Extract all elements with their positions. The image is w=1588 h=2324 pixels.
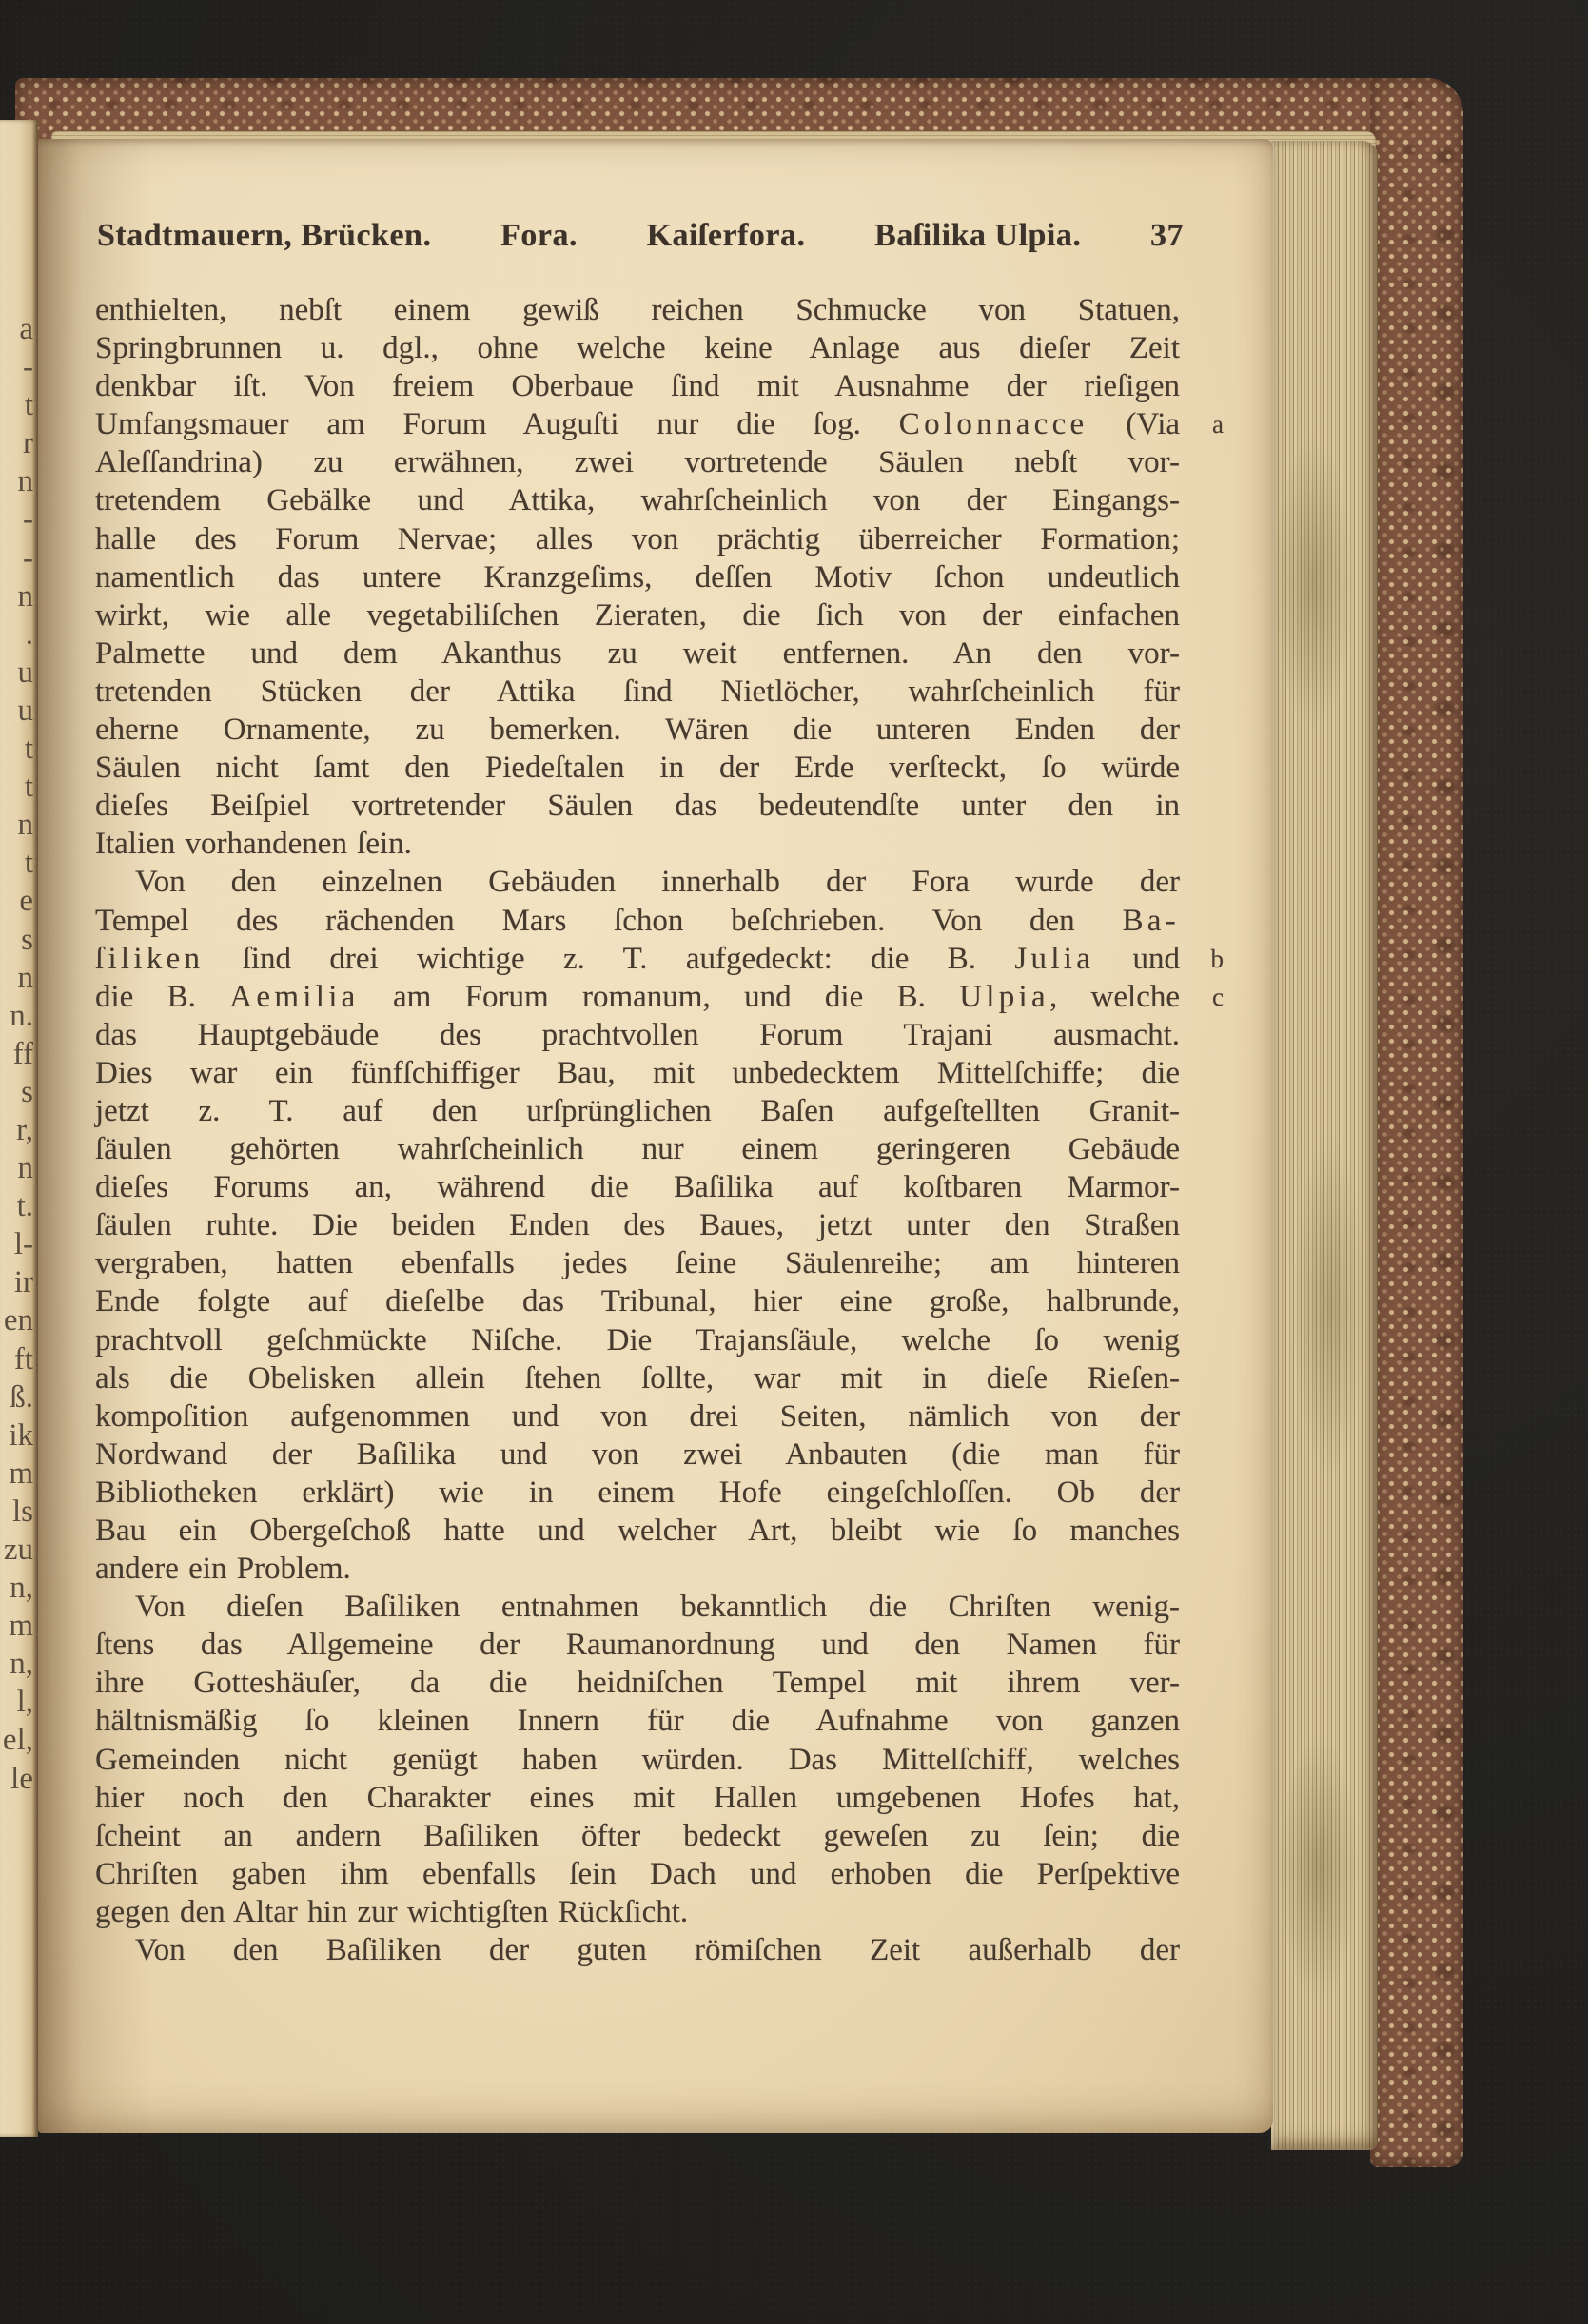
text-segment: denkbar iſt. Von freiem Oberbaue ſind mi… — [95, 369, 1180, 403]
fragment-glyph: r — [0, 424, 38, 462]
text-line: hier noch den Charakter eines mit Hallen… — [95, 1779, 1180, 1817]
text-segment: ſäulen ruhte. Die beiden Enden des Baues… — [95, 1208, 1180, 1242]
text-line: andere ein Problem. — [95, 1550, 1180, 1588]
fragment-glyph: m — [0, 1607, 38, 1645]
fragment-glyph: - — [0, 500, 38, 538]
text-line: prachtvoll geſchmückte Niſche. Die Traja… — [95, 1321, 1180, 1359]
fragment-glyph: n. — [0, 997, 38, 1035]
text-line: kompoſition aufgenommen und von drei Sei… — [95, 1397, 1180, 1435]
text-segment: hältnismäßig ſo kleinen Innern für die A… — [95, 1704, 1180, 1738]
fragment-glyph: t — [0, 844, 38, 882]
text-segment: Säulen nicht ſamt den Piedeſtalen in der… — [95, 751, 1180, 785]
page-number: 37 — [1150, 217, 1184, 255]
text-segment: dieſes Forums an, während die Baſilika a… — [95, 1170, 1180, 1204]
text-segment: prachtvoll geſchmückte Niſche. Die Traja… — [95, 1323, 1180, 1357]
text-segment: Bibliotheken erklärt) wie in einem Hofe … — [95, 1475, 1180, 1510]
text-segment: Tempel des rächenden Mars ſchon beſchrie… — [95, 904, 1122, 938]
text-segment: eherne Ornamente, zu bemerken. Wären die… — [95, 713, 1180, 747]
text-segment: Springbrunnen u. dgl., ohne welche keine… — [95, 331, 1180, 365]
fragment-glyph — [0, 1798, 38, 1836]
text-segment: wirkt, wie alle vegetabiliſchen Zieraten… — [95, 598, 1180, 633]
text-segment: Julia — [1014, 942, 1094, 976]
fragment-glyph: . — [0, 615, 38, 654]
book-page: Stadtmauern, Brücken. Fora. Kaiſerfora. … — [38, 139, 1273, 2133]
text-segment: die B. — [95, 980, 229, 1014]
fragment-glyph: t — [0, 386, 38, 424]
text-segment: Ende folgte auf dieſelbe das Tribunal, h… — [95, 1284, 1180, 1318]
text-line: ſcheint an andern Baſiliken öfter bedeck… — [95, 1817, 1180, 1855]
fragment-glyph: r, — [0, 1111, 38, 1149]
running-head-section: Stadtmauern, Brücken. — [97, 217, 431, 255]
text-segment: andere ein Problem. — [95, 1552, 351, 1586]
text-line: die B. Aemilia am Forum romanum, und die… — [95, 978, 1180, 1016]
text-segment: kompoſition aufgenommen und von drei Sei… — [95, 1399, 1180, 1434]
text-segment: Von dieſen Baſiliken entnahmen bekanntli… — [135, 1590, 1180, 1624]
text-line: Nordwand der Baſilika und von zwei Anbau… — [95, 1435, 1180, 1474]
text-line: tretenden Stücken der Attika ſind Nietlö… — [95, 673, 1180, 711]
text-segment: Bau ein Obergeſchoß hatte und welcher Ar… — [95, 1514, 1180, 1548]
text-line: wirkt, wie alle vegetabiliſchen Zieraten… — [95, 596, 1180, 635]
fragment-glyph: s — [0, 921, 38, 959]
text-segment: , welche — [1049, 980, 1180, 1014]
text-line: denkbar iſt. Von freiem Oberbaue ſind mi… — [95, 367, 1180, 405]
text-segment: Aleſſandrina) zu erwähnen, zwei vortrete… — [95, 445, 1180, 479]
text-segment: ſäulen gehörten wahrſcheinlich nur einem… — [95, 1132, 1180, 1166]
fragment-glyph: - — [0, 348, 38, 386]
text-segment: ſtens das Allgemeine der Raumanordnung u… — [95, 1628, 1180, 1662]
text-segment: Dies war ein fünfſchiffiger Bau, mit unb… — [95, 1056, 1180, 1090]
text-line: Bibliotheken erklärt) wie in einem Hofe … — [95, 1474, 1180, 1512]
text-line: Chriſten gaben ihm ebenfalls ſein Dach u… — [95, 1855, 1180, 1893]
text-line: jetzt z. T. auf den urſprünglichen Baſen… — [95, 1092, 1180, 1130]
fragment-glyph: e — [0, 882, 38, 920]
text-line: ſäulen gehörten wahrſcheinlich nur einem… — [95, 1130, 1180, 1168]
text-segment: Gemeinden nicht genügt haben würden. Das… — [95, 1743, 1180, 1777]
text-segment: vergraben, hatten ebenfalls jedes ſeine … — [95, 1246, 1180, 1280]
text-line: ihre Gotteshäuſer, da die heidniſchen Te… — [95, 1664, 1180, 1702]
margin-letter: b — [1211, 945, 1225, 973]
text-line: Umfangsmauer am Forum Auguſti nur die ſo… — [95, 405, 1180, 443]
running-head-section: Kaiſerfora. — [647, 217, 806, 255]
fragment-glyph: zu — [0, 1531, 38, 1569]
text-line: namentlich das untere Kranzgeſims, deſſe… — [95, 558, 1180, 596]
text-segment: tretenden Stücken der Attika ſind Nietlö… — [95, 674, 1180, 709]
fragment-glyph: - — [0, 539, 38, 577]
fragment-glyph: en — [0, 1301, 38, 1339]
text-segment: jetzt z. T. auf den urſprünglichen Baſen… — [95, 1094, 1180, 1128]
text-segment: Chriſten gaben ihm ebenfalls ſein Dach u… — [95, 1857, 1180, 1891]
text-segment: Aemilia — [229, 980, 359, 1014]
fragment-glyph: ff — [0, 1035, 38, 1073]
text-segment: als die Obelisken allein ſtehen ſollte, … — [95, 1361, 1180, 1396]
fragment-glyph: t. — [0, 1187, 38, 1225]
text-line: enthielten, nebſt einem gewiß reichen Sc… — [95, 291, 1180, 329]
fragment-glyph: ls — [0, 1493, 38, 1531]
text-line: Ende folgte auf dieſelbe das Tribunal, h… — [95, 1282, 1180, 1320]
fragment-glyph — [0, 1912, 38, 1950]
fragment-glyph: u — [0, 654, 38, 692]
text-line: ſäulen ruhte. Die beiden Enden des Baues… — [95, 1206, 1180, 1244]
fragment-glyph: l, — [0, 1683, 38, 1721]
text-line: Springbrunnen u. dgl., ohne welche keine… — [95, 329, 1180, 367]
text-line: Säulen nicht ſamt den Piedeſtalen in der… — [95, 749, 1180, 787]
fragment-glyph: s — [0, 1073, 38, 1111]
text-line: halle des Forum Nervae; alles von prächt… — [95, 520, 1180, 558]
fragment-glyph: ft — [0, 1340, 38, 1378]
text-line: Tempel des rächenden Mars ſchon beſchrie… — [95, 902, 1180, 940]
text-segment: gegen den Altar hin zur wichtigſten Rück… — [95, 1895, 688, 1929]
running-head-section: Baſilika Ulpia. — [874, 217, 1081, 255]
text-line: Von den Baſiliken der guten römiſchen Ze… — [95, 1931, 1180, 1969]
fragment-glyph: t — [0, 768, 38, 806]
text-line: Gemeinden nicht genügt haben würden. Das… — [95, 1741, 1180, 1779]
fragment-glyph: n — [0, 577, 38, 615]
text-block: enthielten, nebſt einem gewiß reichen Sc… — [95, 291, 1180, 1969]
text-segment: hier noch den Charakter eines mit Hallen… — [95, 1781, 1180, 1815]
text-segment: Nordwand der Baſilika und von zwei Anbau… — [95, 1437, 1180, 1472]
text-line: dieſes Beiſpiel vortretender Säulen das … — [95, 787, 1180, 825]
fragment-glyph: u — [0, 692, 38, 730]
fragment-glyph — [0, 1836, 38, 1874]
text-line: Bau ein Obergeſchoß hatte und welcher Ar… — [95, 1512, 1180, 1550]
text-line: Von den einzelnen Gebäuden innerhalb der… — [95, 863, 1180, 901]
text-segment: ſcheint an andern Baſiliken öfter bedeck… — [95, 1819, 1180, 1853]
running-head-section: Fora. — [500, 217, 578, 255]
fragment-glyph: n — [0, 959, 38, 997]
facing-page-strip: a-trn--n.uuttntesnn.ffsr,nt.l-irenftß.ik… — [0, 120, 38, 2137]
text-segment: enthielten, nebſt einem gewiß reichen Sc… — [95, 293, 1180, 327]
margin-letter: a — [1212, 410, 1224, 439]
fragment-glyph: n, — [0, 1569, 38, 1607]
text-segment: Umfangsmauer am Forum Auguſti nur die ſo… — [95, 407, 899, 441]
text-segment: Palmette und dem Akanthus zu weit entfer… — [95, 636, 1180, 671]
fragment-glyph: n — [0, 462, 38, 500]
text-segment: Italien vorhandenen ſein. — [95, 827, 412, 861]
text-segment: ſiliken — [95, 942, 204, 976]
text-segment: tretendem Gebälke und Attika, wahrſchein… — [95, 483, 1180, 518]
text-segment: Von den Baſiliken der guten römiſchen Ze… — [135, 1933, 1180, 1967]
text-segment: Colonnacce — [899, 407, 1088, 441]
text-line: hältnismäßig ſo kleinen Innern für die A… — [95, 1702, 1180, 1740]
fragment-glyph: ik — [0, 1416, 38, 1455]
text-line: ſiliken ſind drei wichtige z. T. aufgede… — [95, 940, 1180, 978]
text-line: tretendem Gebälke und Attika, wahrſchein… — [95, 481, 1180, 519]
text-segment: Ulpia — [959, 980, 1049, 1014]
fragment-glyph: a — [0, 310, 38, 348]
fragment-glyph: le — [0, 1760, 38, 1798]
fragment-glyph — [0, 1874, 38, 1912]
text-line: vergraben, hatten ebenfalls jedes ſeine … — [95, 1244, 1180, 1282]
page-stack-fore-edge — [1271, 141, 1378, 2150]
fragment-glyph — [0, 1950, 38, 1988]
text-line: als die Obelisken allein ſtehen ſollte, … — [95, 1359, 1180, 1397]
text-line: dieſes Forums an, während die Baſilika a… — [95, 1168, 1180, 1206]
fragment-glyph: t — [0, 730, 38, 768]
text-segment: namentlich das untere Kranzgeſims, deſſe… — [95, 560, 1180, 595]
fragment-glyph: n, — [0, 1645, 38, 1683]
text-line: Von dieſen Baſiliken entnahmen bekanntli… — [95, 1588, 1180, 1626]
margin-letter: c — [1212, 983, 1224, 1011]
clipped-text-fragments: a-trn--n.uuttntesnn.ffsr,nt.l-irenftß.ik… — [0, 120, 38, 1988]
text-line: Aleſſandrina) zu erwähnen, zwei vortrete… — [95, 443, 1180, 481]
text-segment: halle des Forum Nervae; alles von prächt… — [95, 522, 1180, 557]
text-line: gegen den Altar hin zur wichtigſten Rück… — [95, 1893, 1180, 1931]
text-line: Italien vorhandenen ſein. — [95, 825, 1180, 863]
text-segment: dieſes Beiſpiel vortretender Säulen das … — [95, 789, 1180, 823]
text-line: Palmette und dem Akanthus zu weit entfer… — [95, 635, 1180, 673]
text-segment: Ba- — [1122, 904, 1180, 938]
text-segment: Von den einzelnen Gebäuden innerhalb der… — [135, 865, 1180, 899]
text-line: Dies war ein fünfſchiffiger Bau, mit unb… — [95, 1054, 1180, 1092]
fragment-glyph: m — [0, 1455, 38, 1493]
fragment-glyph: n — [0, 806, 38, 844]
fragment-glyph: el, — [0, 1721, 38, 1759]
book-cover-right — [1370, 78, 1463, 2167]
fragment-glyph: l- — [0, 1225, 38, 1263]
text-segment: (Via — [1088, 407, 1180, 441]
text-segment: das Hauptgebäude des prachtvollen Forum … — [95, 1018, 1180, 1052]
text-segment: und — [1094, 942, 1180, 976]
fragment-glyph: ir — [0, 1263, 38, 1301]
book-photo: a-trn--n.uuttntesnn.ffsr,nt.l-irenftß.ik… — [0, 0, 1588, 2324]
text-segment: am Forum romanum, und die B. — [360, 980, 960, 1014]
fragment-glyph: ß. — [0, 1378, 38, 1416]
text-segment: ſind drei wichtige z. T. aufgedeckt: die… — [204, 942, 1014, 976]
text-line: das Hauptgebäude des prachtvollen Forum … — [95, 1016, 1180, 1054]
text-line: ſtens das Allgemeine der Raumanordnung u… — [95, 1626, 1180, 1664]
running-head: Stadtmauern, Brücken. Fora. Kaiſerfora. … — [97, 217, 1184, 255]
text-segment: ihre Gotteshäuſer, da die heidniſchen Te… — [95, 1666, 1180, 1700]
fragment-glyph: n — [0, 1149, 38, 1187]
text-line: eherne Ornamente, zu bemerken. Wären die… — [95, 711, 1180, 749]
